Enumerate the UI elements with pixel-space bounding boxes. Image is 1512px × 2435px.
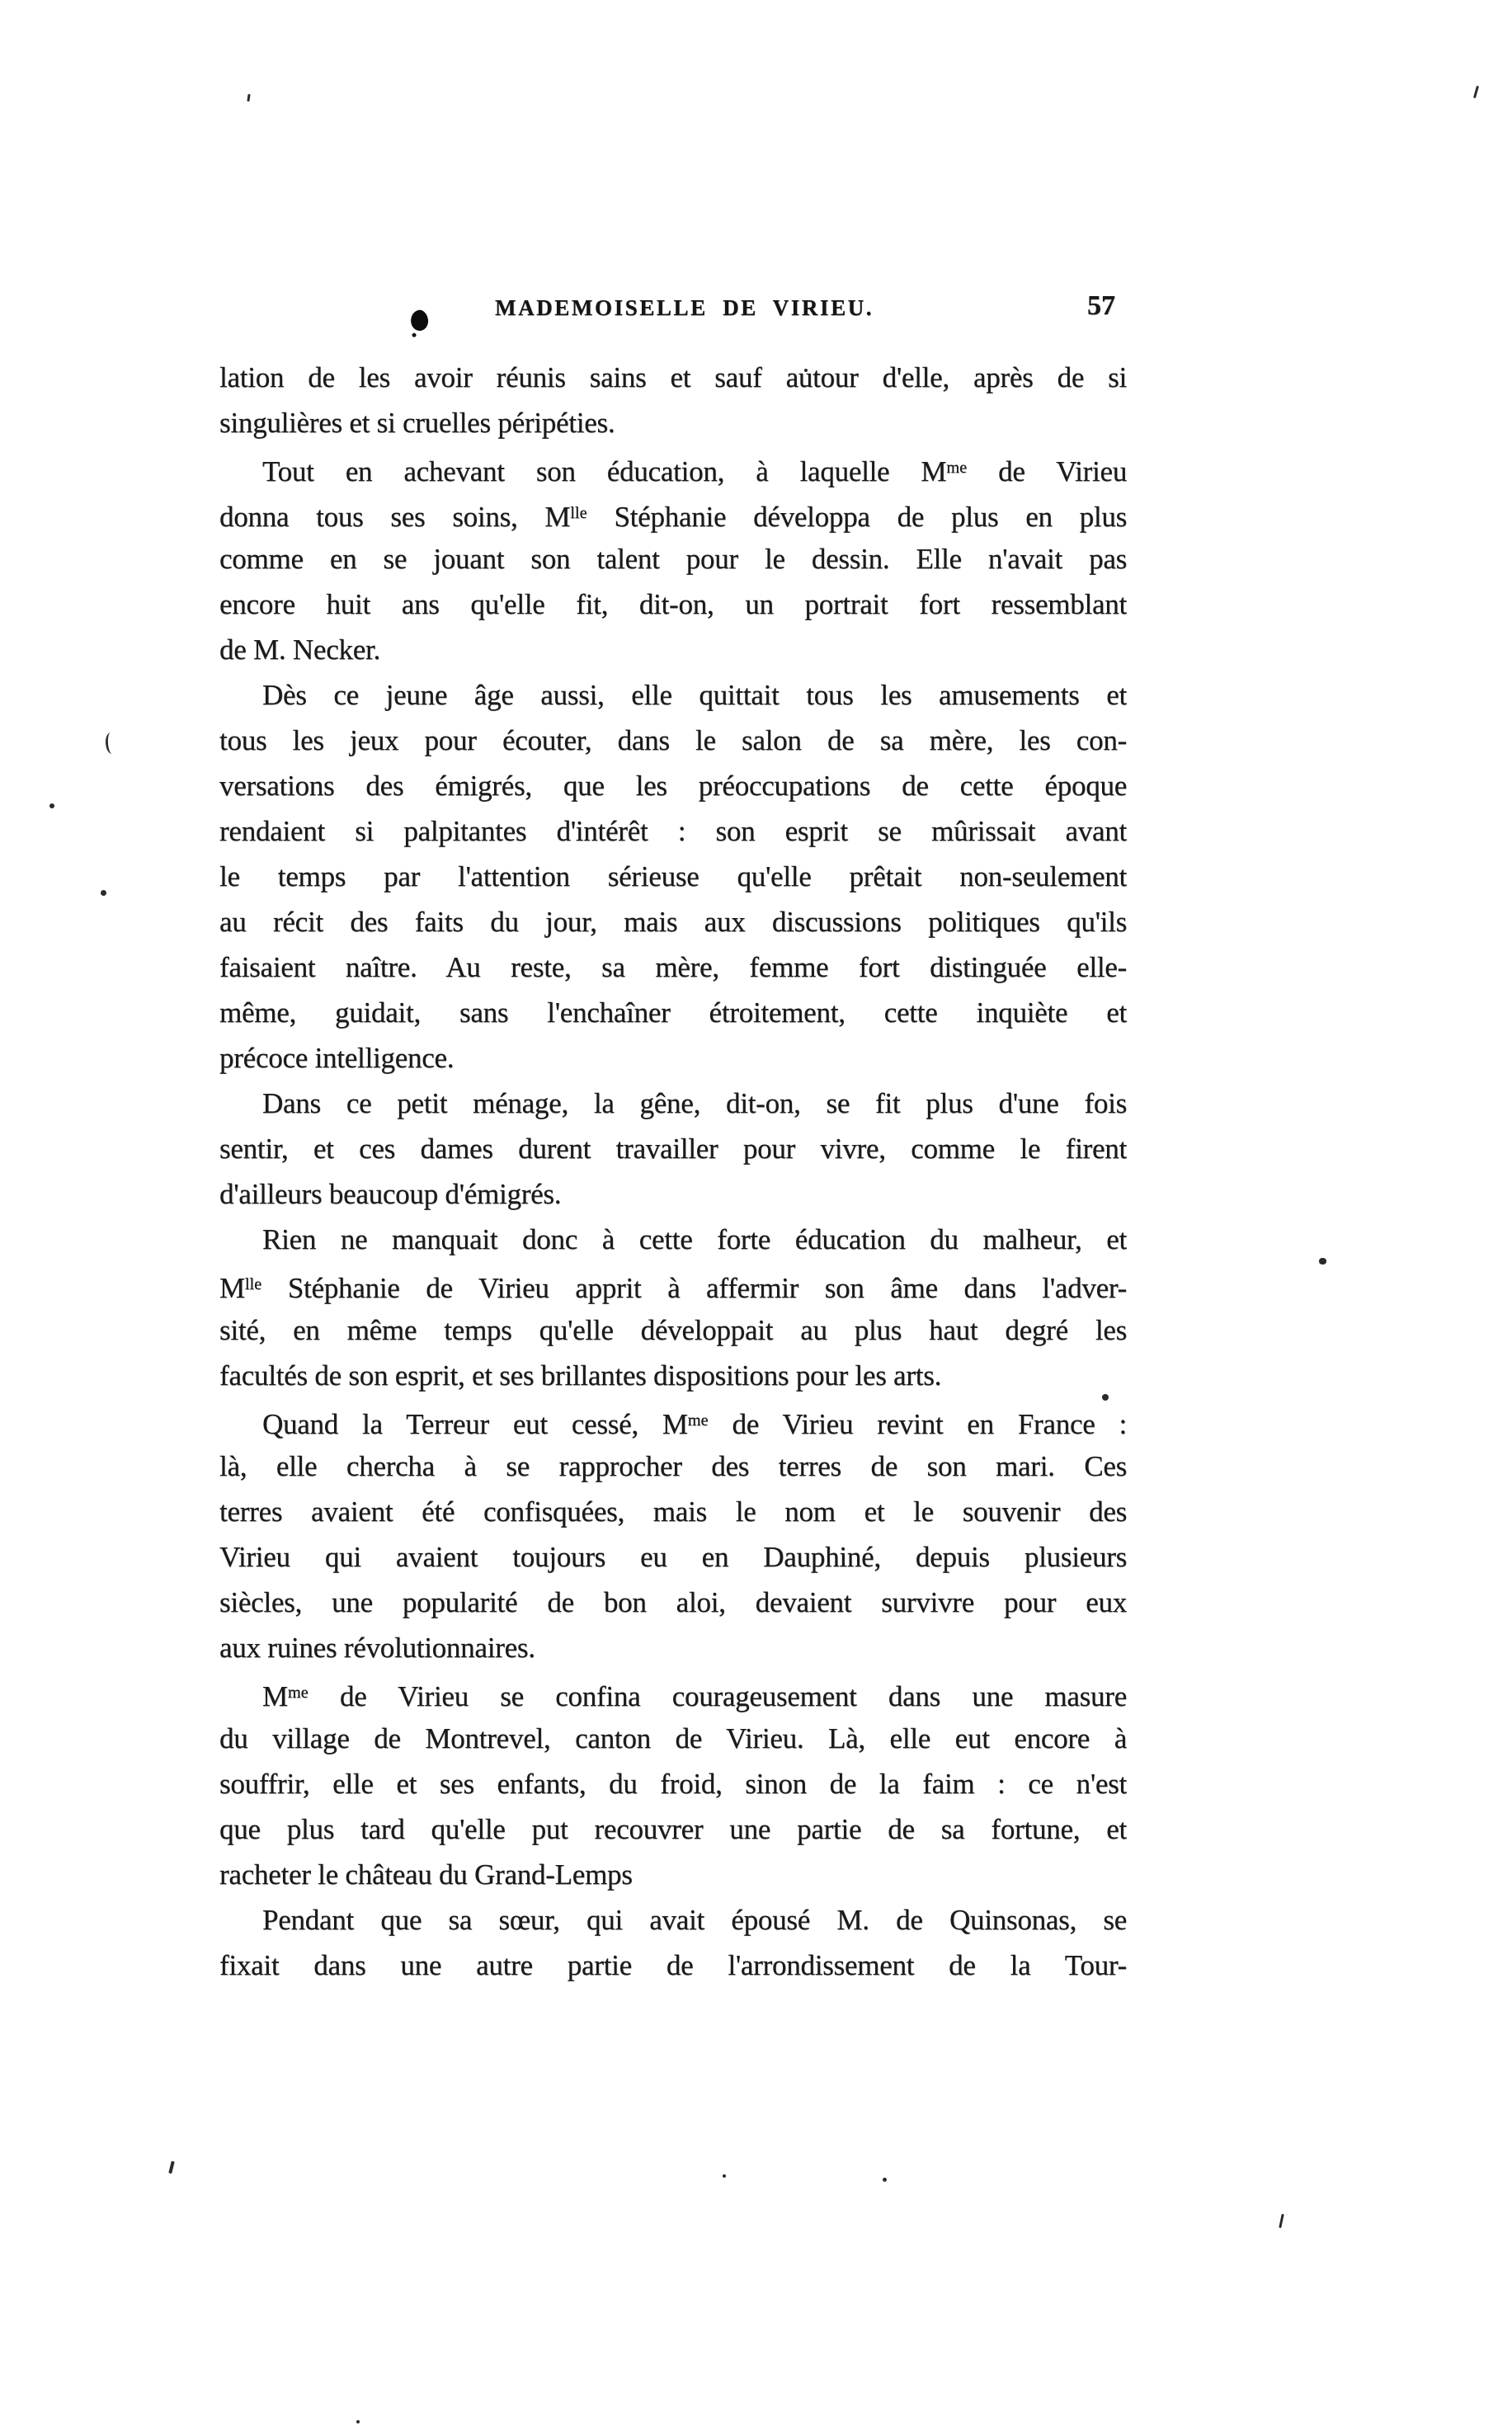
text-line: d'ailleurs beaucoup d'émigrés. bbox=[219, 1171, 1127, 1217]
text-line: sité, en même temps qu'elle développait … bbox=[219, 1307, 1127, 1353]
scan-speck bbox=[1319, 1258, 1326, 1265]
scan-speck bbox=[101, 890, 106, 896]
text-line: singulières et si cruelles péripéties. bbox=[219, 400, 1127, 445]
scan-speck bbox=[356, 2420, 360, 2423]
scan-speck bbox=[49, 803, 54, 808]
scan-speck bbox=[168, 2161, 175, 2174]
text-line: faisaient naître. Au reste, sa mère, fem… bbox=[219, 944, 1127, 990]
page-number: 57 bbox=[1087, 290, 1115, 322]
superscript-abbreviation: me bbox=[946, 459, 967, 477]
superscript-abbreviation: me bbox=[688, 1411, 709, 1429]
text-line: précoce intelligence. bbox=[219, 1035, 1127, 1081]
text-line: du village de Montrevel, canton de Virie… bbox=[219, 1716, 1127, 1761]
text-line: sentir, et ces dames durent travailler p… bbox=[219, 1126, 1127, 1171]
scan-speck bbox=[883, 2178, 887, 2182]
scan-speck bbox=[1279, 2214, 1284, 2228]
text-line: Mlle Stéphanie de Virieu apprit à afferm… bbox=[219, 1262, 1127, 1307]
text-line: siècles, une popularité de bon aloi, dev… bbox=[219, 1580, 1127, 1625]
text-line: donna tous ses soins, Mlle Stéphanie dév… bbox=[219, 491, 1127, 536]
text-line: de M. Necker. bbox=[219, 627, 1127, 672]
scan-speck bbox=[804, 369, 808, 372]
text-line: lation de les avoir réunis sains et sauf… bbox=[219, 355, 1127, 400]
text-line: versations des émigrés, que les préoccup… bbox=[219, 763, 1127, 808]
text-line: terres avaient été confisquées, mais le … bbox=[219, 1489, 1127, 1534]
text-line: le temps par l'attention sérieuse qu'ell… bbox=[219, 854, 1127, 899]
text-line: Rien ne manquait donc à cette forte éduc… bbox=[219, 1217, 1127, 1262]
text-line: souffrir, elle et ses enfants, du froid,… bbox=[219, 1761, 1127, 1806]
text-line: Pendant que sa sœur, qui avait épousé M.… bbox=[219, 1897, 1127, 1943]
text-line: au récit des faits du jour, mais aux dis… bbox=[219, 899, 1127, 944]
text-line: tous les jeux pour écouter, dans le salo… bbox=[219, 718, 1127, 763]
text-line: fixait dans une autre partie de l'arrond… bbox=[219, 1943, 1127, 1988]
text-line: Dans ce petit ménage, la gêne, dit-on, s… bbox=[219, 1081, 1127, 1126]
text-line: Quand la Terreur eut cessé, Mme de Virie… bbox=[219, 1398, 1127, 1444]
text-line: comme en se jouant son talent pour le de… bbox=[219, 536, 1127, 582]
text-line: Tout en achevant son éducation, à laquel… bbox=[219, 445, 1127, 491]
text-line: rendaient si palpitantes d'intérêt : son… bbox=[219, 808, 1127, 854]
text-line: aux ruines révolutionnaires. bbox=[219, 1625, 1127, 1670]
text-line: Mme de Virieu se confina courageusement … bbox=[219, 1670, 1127, 1716]
scan-speck bbox=[1473, 86, 1479, 98]
text-line: Dès ce jeune âge aussi, elle quittait to… bbox=[219, 672, 1127, 718]
margin-stray-mark bbox=[105, 732, 118, 755]
text-line: facultés de son esprit, et ses brillante… bbox=[219, 1353, 1127, 1398]
text-line: que plus tard qu'elle put recouvrer une … bbox=[219, 1806, 1127, 1852]
running-header-title: MADEMOISELLE DE VIRIEU. bbox=[495, 295, 874, 321]
superscript-abbreviation: me bbox=[288, 1684, 309, 1702]
text-line: racheter le château du Grand-Lemps bbox=[219, 1852, 1127, 1897]
book-page-scan: MADEMOISELLE DE VIRIEU. 57 lation de les… bbox=[0, 0, 1512, 2435]
superscript-abbreviation: lle bbox=[245, 1275, 261, 1293]
ink-blot-mark bbox=[409, 308, 431, 332]
text-block: lation de les avoir réunis sains et sauf… bbox=[219, 355, 1127, 1988]
text-line: même, guidait, sans l'enchaîner étroitem… bbox=[219, 990, 1127, 1035]
text-line: encore huit ans qu'elle fit, dit-on, un … bbox=[219, 582, 1127, 627]
text-line: là, elle chercha à se rapprocher des ter… bbox=[219, 1444, 1127, 1489]
scan-speck bbox=[1102, 1394, 1109, 1401]
scan-speck bbox=[247, 94, 250, 101]
scan-speck bbox=[723, 2174, 726, 2178]
superscript-abbreviation: lle bbox=[570, 504, 586, 522]
text-line: Virieu qui avaient toujours eu en Dauphi… bbox=[219, 1534, 1127, 1580]
